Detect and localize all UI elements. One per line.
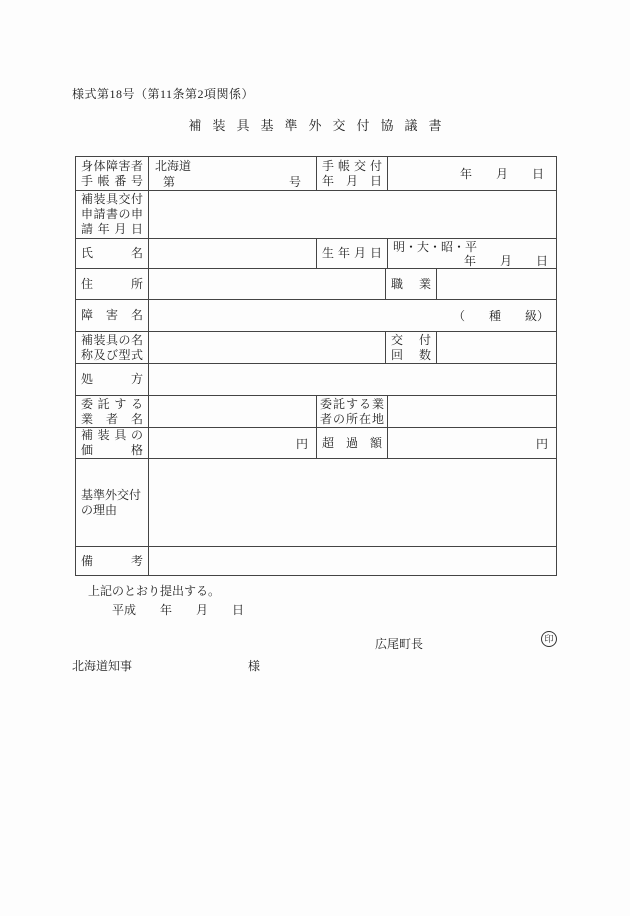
label-contractor-name: 委託する 業者名 <box>76 396 149 427</box>
table-row-device-name: 補装具の名 称及び型式 交付 回数 <box>76 332 556 364</box>
label-line: 請年月日 <box>81 222 143 237</box>
label-line: 者の所在地 <box>320 412 384 427</box>
label-excess-amount: 超過額 <box>317 428 388 458</box>
label-line: 住所 <box>81 277 143 292</box>
era-options: 明・大・昭・平 <box>388 240 556 254</box>
label-line: 業者名 <box>81 412 143 427</box>
label-line: 補装具の <box>81 428 143 443</box>
addressee-honorific: 様 <box>248 657 260 674</box>
table-row-contractor: 委託する 業者名 委託する業 者の所在地 <box>76 396 556 428</box>
page-title: 補装具基準外交付協議書 <box>0 115 630 134</box>
prefecture-text: 北海道 <box>149 158 316 174</box>
label-issue-count: 交付 回数 <box>386 332 437 363</box>
seal-icon: 印 <box>541 631 557 647</box>
label-disability: 障害名 <box>76 300 149 331</box>
device-price-cell: 円 <box>149 428 317 458</box>
label-line: 障害名 <box>81 308 143 323</box>
remarks-cell <box>149 547 556 575</box>
label-reason: 基準外交付 の理由 <box>76 459 149 546</box>
label-device-price: 補装具の 価格 <box>76 428 149 458</box>
table-row-remarks: 備考 <box>76 547 556 575</box>
table-row-disability: 障害名 （ 種 級） <box>76 300 556 332</box>
prescription-cell <box>149 364 556 395</box>
label-application-date: 補装具交付 申請書の申 請年月日 <box>76 191 149 238</box>
issue-count-cell <box>437 332 556 363</box>
table-row-application-date: 補装具交付 申請書の申 請年月日 <box>76 191 556 239</box>
name-cell <box>149 239 317 268</box>
label-line: 職業 <box>391 277 431 292</box>
label-handbook-number: 身体障害者 手帳番号 <box>76 157 149 190</box>
table-row-name: 氏名 生年月日 明・大・昭・平 年 月 日 <box>76 239 556 269</box>
table-row-price: 補装具の 価格 円 超過額 円 <box>76 428 556 459</box>
handbook-number-cell: 北海道 第 号 <box>149 157 317 190</box>
submit-note: 上記のとおり提出する。 <box>88 582 220 599</box>
form-number: 様式第18号（第11条第2項関係） <box>72 85 254 102</box>
document-page: 様式第18号（第11条第2項関係） 補装具基準外交付協議書 身体障害者 手帳番号… <box>0 0 630 916</box>
occupation-cell <box>437 269 556 299</box>
label-line: 申請書の申 <box>81 207 143 222</box>
label-line: 委託する <box>81 397 143 412</box>
label-line: 処方 <box>81 372 143 387</box>
submission-date-line: 平成 年 月 日 <box>112 601 244 618</box>
contractor-name-cell <box>149 396 317 427</box>
address-cell <box>149 269 386 299</box>
yen-unit: 円 <box>296 435 308 452</box>
birth-date-cell: 明・大・昭・平 年 月 日 <box>388 239 556 268</box>
device-name-cell <box>149 332 386 363</box>
kind-grade-placeholder: （ 種 級） <box>453 307 549 324</box>
label-name: 氏名 <box>76 239 149 268</box>
label-line: 生年月日 <box>322 246 382 261</box>
label-line: 氏名 <box>81 246 143 261</box>
mayor-signature: 広尾町長 <box>375 635 423 652</box>
application-date-cell <box>149 191 556 238</box>
disability-cell: （ 種 級） <box>149 300 556 331</box>
contractor-location-cell <box>388 396 556 427</box>
excess-amount-cell: 円 <box>388 428 556 458</box>
label-line: 補装具の名 <box>81 333 143 348</box>
label-line: 補装具交付 <box>81 192 143 207</box>
label-prescription: 処方 <box>76 364 149 395</box>
label-contractor-location: 委託する業 者の所在地 <box>317 396 388 427</box>
label-line: 手帳番号 <box>81 174 143 189</box>
date-placeholder: 年 月 日 <box>388 254 556 268</box>
label-remarks: 備考 <box>76 547 149 575</box>
label-line: 身体障害者 <box>81 159 143 174</box>
label-device-name: 補装具の名 称及び型式 <box>76 332 149 363</box>
label-line: 備考 <box>81 554 143 569</box>
label-occupation: 職業 <box>386 269 437 299</box>
form-table: 身体障害者 手帳番号 北海道 第 号 手帳交付 年月日 年 月 日 補装具交付 <box>75 156 557 576</box>
label-line: 委託する業 <box>320 397 384 412</box>
label-birth-date: 生年月日 <box>317 239 388 268</box>
label-line: 称及び型式 <box>81 348 143 363</box>
table-row-prescription: 処方 <box>76 364 556 396</box>
label-line: 回数 <box>391 348 431 363</box>
table-row-handbook-number: 身体障害者 手帳番号 北海道 第 号 手帳交付 年月日 年 月 日 <box>76 157 556 191</box>
governor-addressee: 北海道知事 <box>72 657 132 674</box>
label-line: 価格 <box>81 443 143 458</box>
label-line: 交付 <box>391 333 431 348</box>
label-line: 基準外交付 <box>81 488 143 503</box>
handbook-issue-date-cell: 年 月 日 <box>388 157 556 190</box>
number-suffix: 号 <box>289 174 301 190</box>
label-line: 手帳交付 <box>322 159 382 174</box>
reason-cell <box>149 459 556 546</box>
table-row-reason: 基準外交付 の理由 <box>76 459 556 547</box>
yen-unit: 円 <box>536 435 548 452</box>
label-address: 住所 <box>76 269 149 299</box>
label-line: の理由 <box>81 503 143 518</box>
date-placeholder: 年 月 日 <box>460 165 544 182</box>
number-prefix: 第 <box>163 174 175 190</box>
table-row-address: 住所 職業 <box>76 269 556 300</box>
label-line: 超過額 <box>322 436 382 451</box>
number-line: 第 号 <box>149 174 316 190</box>
label-line: 年月日 <box>322 174 382 189</box>
label-handbook-issue-date: 手帳交付 年月日 <box>317 157 388 190</box>
